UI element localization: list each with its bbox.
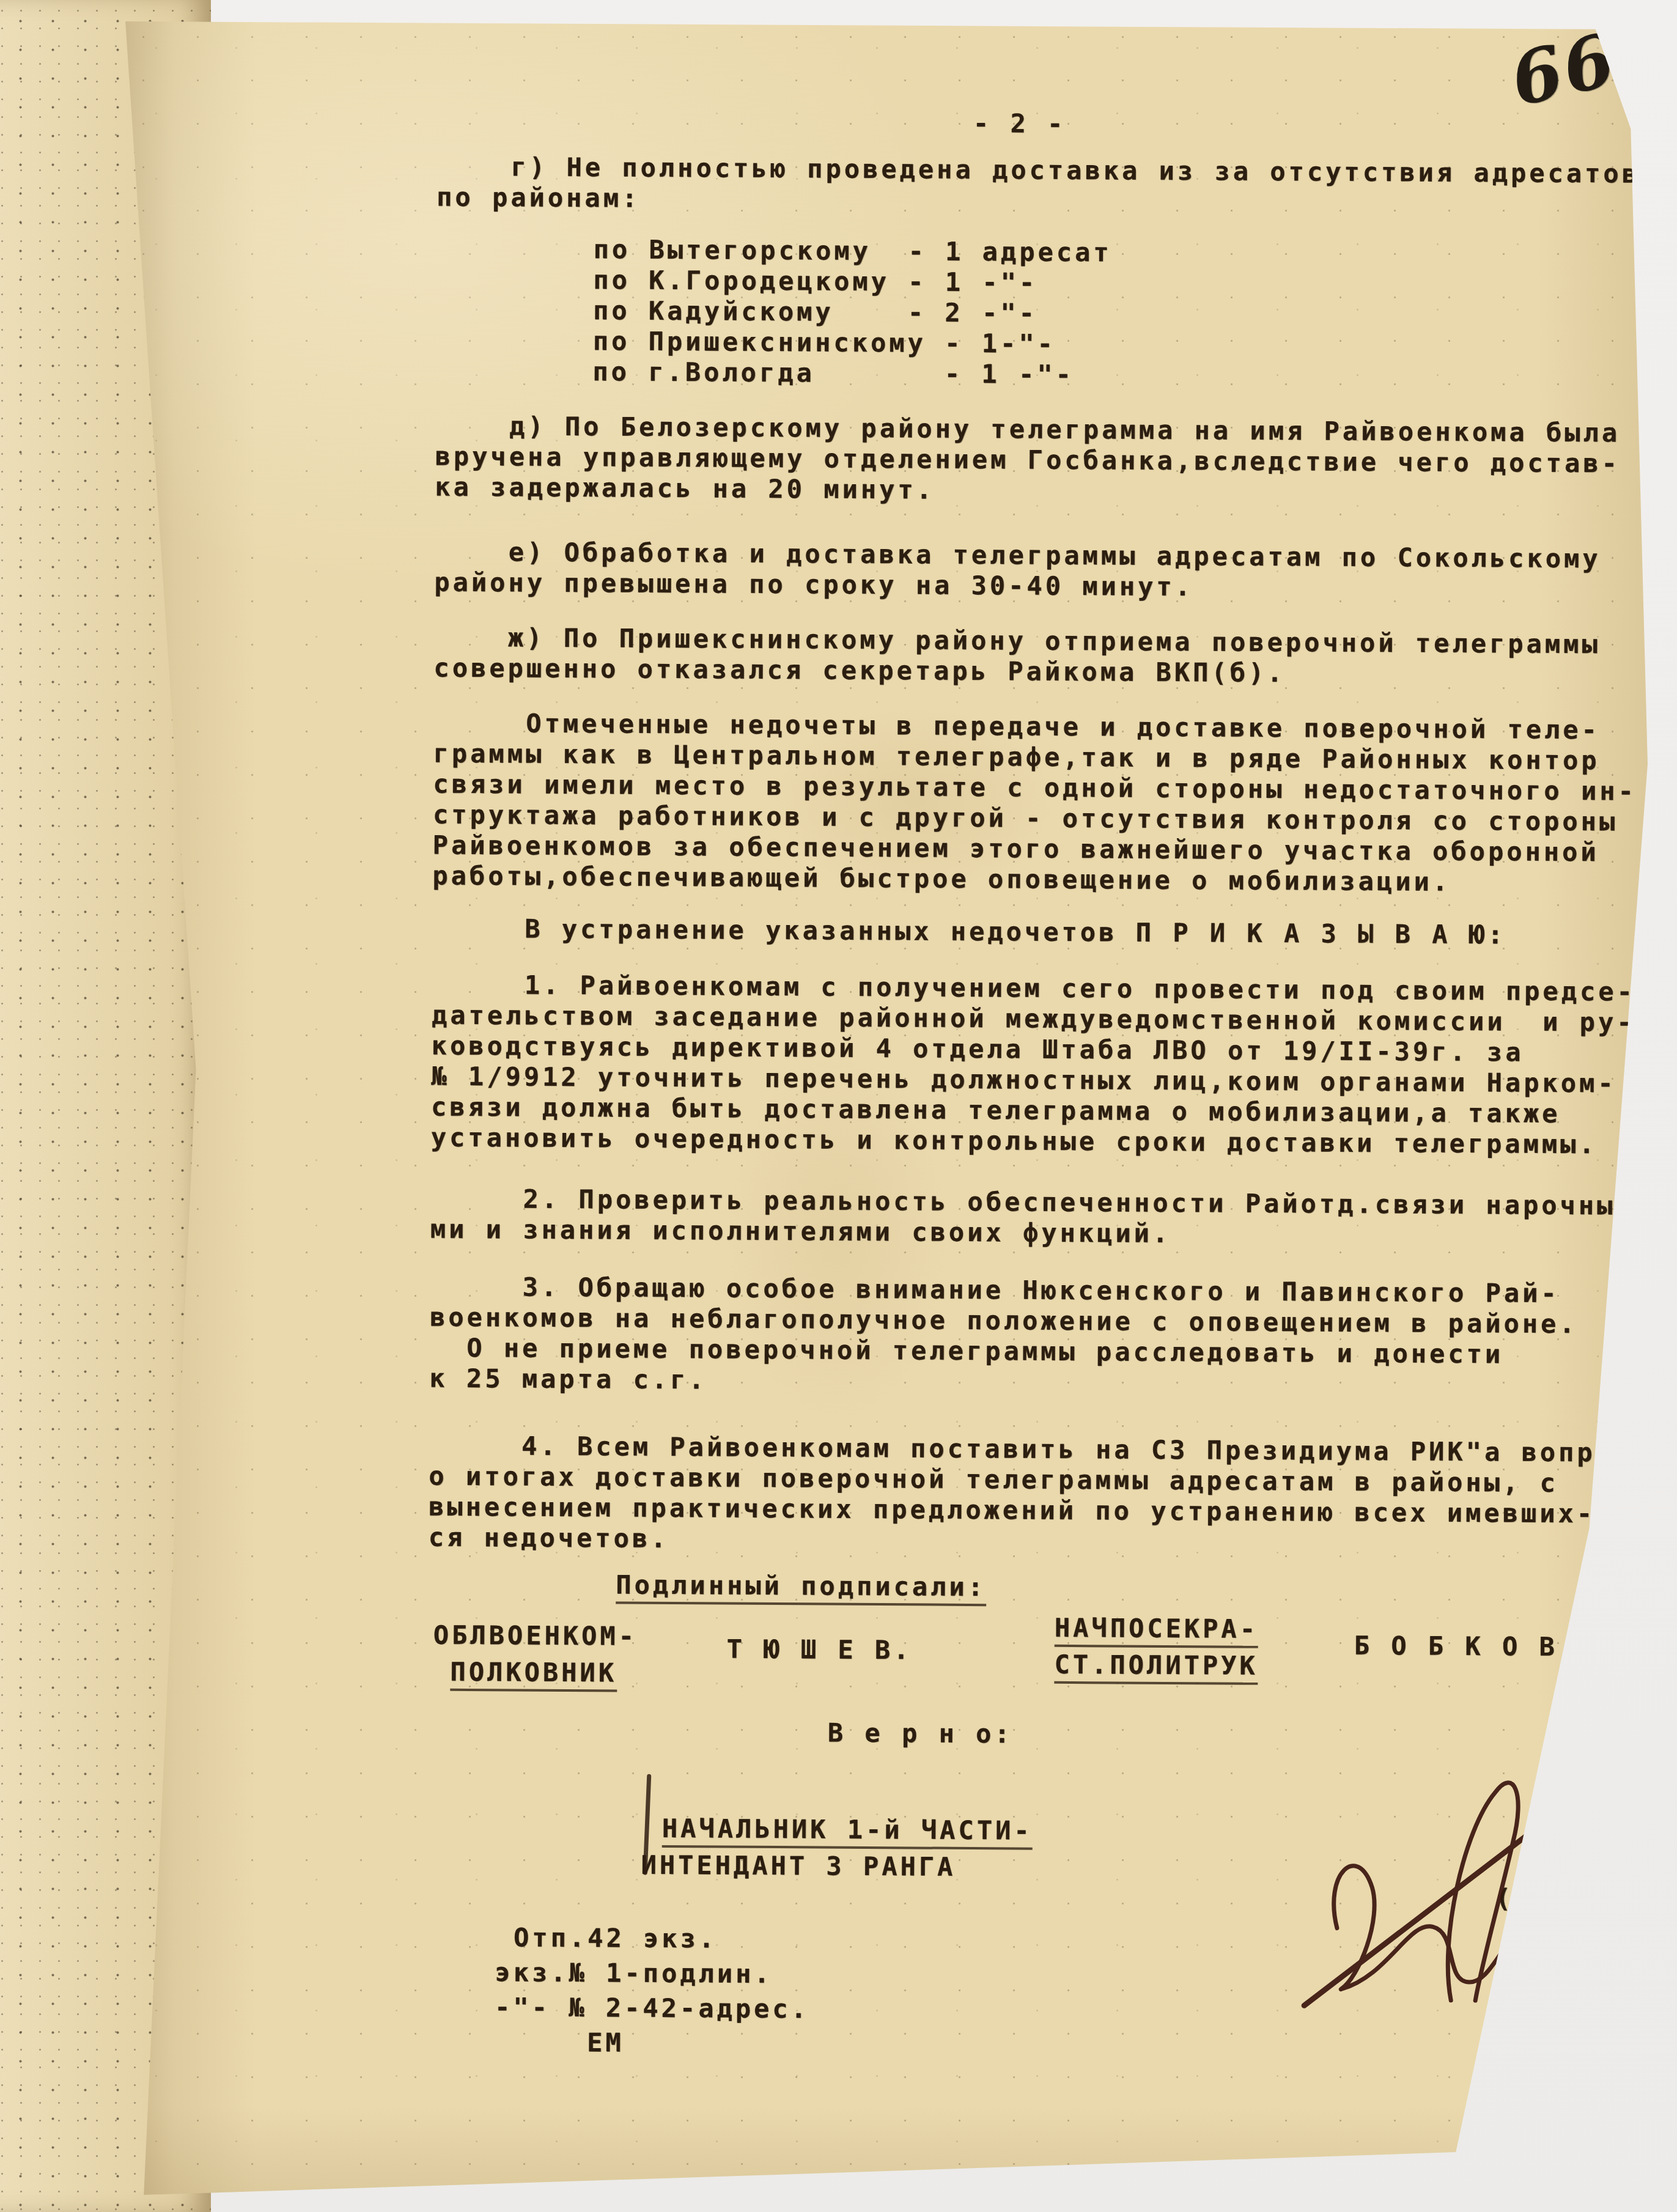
document-page: - 2 - г) Не полностью проведена доставка… bbox=[116, 15, 1651, 2198]
paragraph-order-4: 4. Всем Райвоенкомам поставить на СЗ Пре… bbox=[429, 1431, 1633, 1560]
signer1-name: Т Ю Ш Е В. bbox=[727, 1634, 912, 1666]
paragraph-order-1: 1. Райвоенкомам с получением сего провес… bbox=[431, 970, 1635, 1160]
signer2-name: Б О Б К О В bbox=[1354, 1631, 1558, 1662]
paragraph-order-3: 3. Обращаю особое внимание Нюксенского и… bbox=[429, 1272, 1578, 1401]
signer1-title-line2: ПОЛКОВНИК bbox=[450, 1657, 617, 1692]
order-intro-line: В устранение указанных недочетов П Р И К… bbox=[432, 913, 1506, 951]
certifier-title-line1: НАЧАЛЬНИК 1-й ЧАСТИ- bbox=[662, 1813, 1033, 1850]
signed-by-label: Подлинный подписали: bbox=[616, 1569, 986, 1606]
paragraph-item-e: е) Обработка и доставка телеграммы адрес… bbox=[434, 537, 1601, 605]
typewritten-text-layer: - 2 - г) Не полностью проведена доставка… bbox=[109, 10, 1657, 2202]
signer2-title-line2: СТ.ПОЛИТРУК bbox=[1054, 1650, 1258, 1685]
verno-label: В е р н о: bbox=[828, 1718, 1013, 1750]
paragraph-summary: Отмеченные недочеты в передаче и доставк… bbox=[432, 708, 1637, 899]
copies-note: Отп.42 экз. экз.№ 1-подлин. -"- № 2-42-а… bbox=[495, 1920, 810, 2061]
handwritten-signature bbox=[1248, 1717, 1677, 2038]
paragraph-item-g: г) Не полностью проведена доставка из за… bbox=[437, 152, 1640, 220]
signer2-title-line1: НАЧПОСЕКРА- bbox=[1055, 1613, 1258, 1648]
photo-backdrop: { "document": { "folio_number": "66", "p… bbox=[0, 0, 1677, 2212]
certifier-title-line2: ИНТЕНДАНТ 3 РАНГА bbox=[641, 1850, 956, 1882]
certifier-name: (КУРИЦЫН) bbox=[1495, 1883, 1662, 1915]
district-list: по Вытегорскому - 1 адресат по К.Городец… bbox=[592, 234, 1112, 390]
paragraph-item-d: д) По Белозерскому району телеграмма на … bbox=[435, 411, 1620, 510]
paragraph-order-2: 2. Проверить реальность обеспеченности Р… bbox=[430, 1184, 1634, 1252]
page-number: - 2 - bbox=[973, 108, 1066, 139]
signer1-title-line1: ОБЛВОЕНКОМ- bbox=[433, 1620, 637, 1652]
handwritten-folio-number: 66 bbox=[1505, 23, 1623, 117]
paragraph-item-zh: ж) По Пришекснинскому району отприема по… bbox=[433, 622, 1601, 691]
